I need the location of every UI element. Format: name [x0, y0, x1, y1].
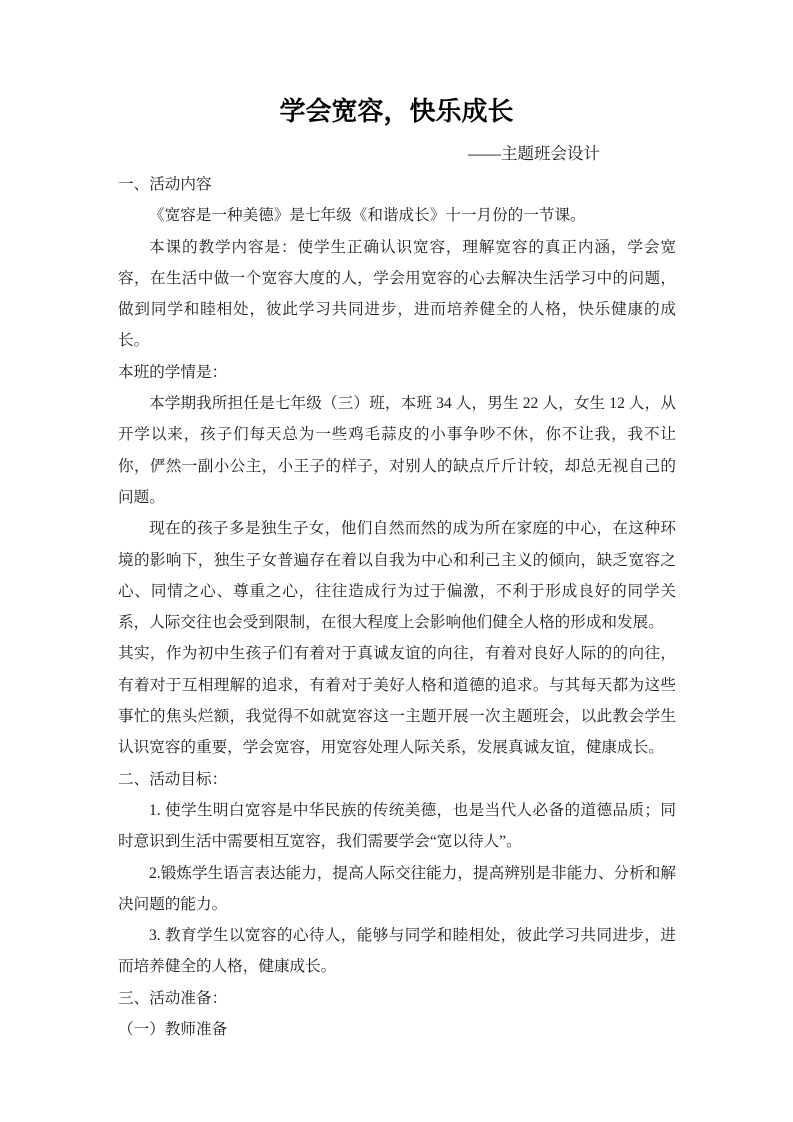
document-body: 一、活动内容 《宽容是一种美德》是七年级《和谐成长》十一月份的一节课。 本课的教…	[118, 169, 676, 1045]
subsection-heading-teacher-preparation: （一）教师准备	[118, 1014, 676, 1045]
section-heading-activity-goals: 二、活动目标：	[118, 764, 676, 795]
paragraph: 本学期我所担任是七年级（三）班，本班 34 人，男生 22 人，女生 12 人，…	[118, 388, 676, 513]
section-heading-activity-content: 一、活动内容	[118, 169, 676, 200]
list-item-goal-3: 3. 教育学生以宽容的心待人，能够与同学和睦相处，彼此学习共同进步，进而培养健全…	[118, 920, 676, 983]
page-title: 学会宽容，快乐成长	[0, 95, 793, 127]
paragraph: 本班的学情是：	[118, 357, 676, 388]
list-item-goal-2: 2.锻炼学生语言表达能力，提高人际交往能力，提高辨别是非能力、分析和解决问题的能…	[118, 858, 676, 921]
list-item-goal-1: 1. 使学生明白宽容是中华民族的传统美德，也是当代人必备的道德品质；同时意识到生…	[118, 795, 676, 858]
paragraph: 《宽容是一种美德》是七年级《和谐成长》十一月份的一节课。	[118, 200, 676, 231]
section-heading-activity-preparation: 三、活动准备：	[118, 983, 676, 1014]
page-subtitle: ——主题班会设计	[118, 143, 676, 165]
paragraph: 本课的教学内容是：使学生正确认识宽容，理解宽容的真正内涵，学会宽容，在生活中做一…	[118, 232, 676, 357]
paragraph: 现在的孩子多是独生子女，他们自然而然的成为所在家庭的中心，在这种环境的影响下，独…	[118, 513, 676, 638]
paragraph: 其实，作为初中生孩子们有着对于真诚友谊的向往，有着对良好人际的的向往，有着对于互…	[118, 638, 676, 763]
document-page: 学会宽容，快乐成长 ——主题班会设计 一、活动内容 《宽容是一种美德》是七年级《…	[0, 0, 793, 1122]
